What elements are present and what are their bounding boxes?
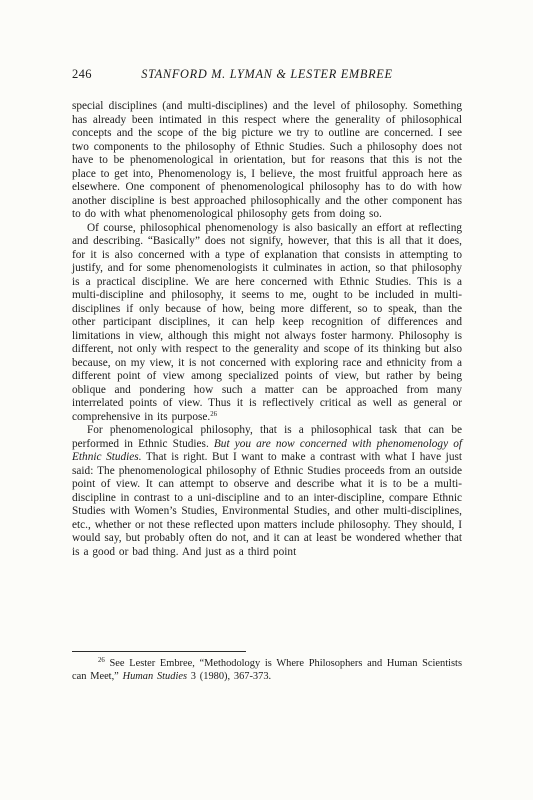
footnote-marker: 26 [98,657,105,664]
running-head: 246 STANFORD M. LYMAN & LESTER EMBREE [72,67,462,83]
body-text: special disciplines (and multi-disciplin… [72,100,462,559]
footnote-separator [72,651,246,652]
running-header-title: STANFORD M. LYMAN & LESTER EMBREE [72,67,462,82]
text-column: 246 STANFORD M. LYMAN & LESTER EMBREE sp… [72,67,462,559]
text-segment: Of course, philosophical phenomenology i… [72,222,462,423]
page-number: 246 [72,67,92,82]
italic-text: Human Studies [123,671,187,682]
footnote-text: 26 See Lester Embree, “Methodology is Wh… [72,658,462,683]
text-segment: That is right. But I want to make a cont… [72,451,462,558]
footnote-block: 26 See Lester Embree, “Methodology is Wh… [72,651,462,683]
book-page: 246 STANFORD M. LYMAN & LESTER EMBREE sp… [0,0,533,800]
paragraph: For phenomenological philosophy, that is… [72,424,462,559]
paragraph: special disciplines (and multi-disciplin… [72,100,462,222]
paragraph: Of course, philosophical phenomenology i… [72,222,462,425]
text-segment: 3 (1980), 367-373. [187,671,271,682]
footnote-marker: 26 [210,411,217,418]
text-segment: special disciplines (and multi-disciplin… [72,100,462,220]
